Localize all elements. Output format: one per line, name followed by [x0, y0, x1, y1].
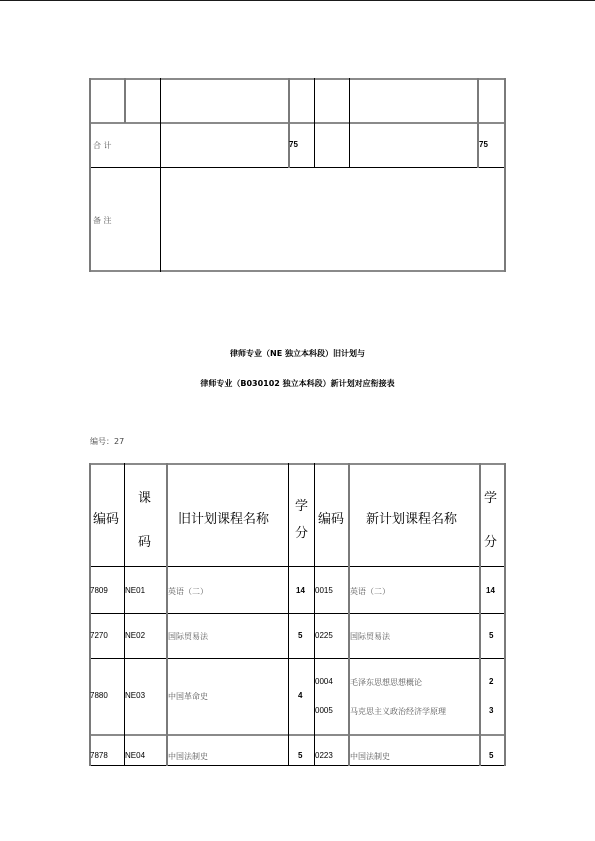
header-new-credit-bottom: 分 — [484, 531, 497, 550]
table-border — [90, 613, 505, 614]
table-border — [90, 78, 505, 80]
row-old-credits: 14 — [296, 586, 305, 595]
row-course-code: NE02 — [125, 631, 145, 640]
row-code: 7809 — [90, 586, 108, 595]
row-code: 7270 — [90, 631, 108, 640]
page-top-border — [0, 0, 595, 1]
row-code: 7880 — [90, 691, 108, 700]
row-new-credits: 14 — [486, 586, 495, 595]
header-credit-bottom: 分 — [295, 522, 308, 541]
row-new-code: 0004 — [315, 677, 333, 686]
table-border — [504, 78, 506, 272]
table-border — [349, 78, 350, 168]
header-new-credit-top: 学 — [484, 487, 497, 506]
table-border — [90, 734, 505, 736]
table-border — [160, 78, 161, 272]
table-border — [124, 463, 125, 766]
row-old-credits: 5 — [298, 751, 302, 760]
table-border — [90, 566, 505, 567]
table-border — [124, 78, 126, 123]
table-border — [477, 78, 479, 168]
header-course-code-bottom: 码 — [138, 531, 151, 550]
row-new-name: 英语（二） — [350, 586, 390, 597]
table-border — [504, 463, 506, 766]
row-new-name: 马克思主义政治经济学原理 — [350, 706, 446, 717]
table-border — [90, 122, 505, 124]
header-new-code: 编码 — [318, 508, 344, 527]
row-new-code: 0015 — [315, 586, 333, 595]
row-old-name: 英语（二） — [168, 586, 208, 597]
row-old-name: 中国革命史 — [168, 691, 208, 702]
table-border — [314, 463, 315, 766]
header-credit-top: 学 — [295, 495, 308, 514]
table-border — [348, 463, 350, 766]
row-new-name: 国际贸易法 — [350, 631, 390, 642]
row-old-credits: 4 — [298, 691, 302, 700]
header-code: 编码 — [93, 508, 119, 527]
document-title-line2: 律师专业（B030102 独立本科段）新计划对应衔接表 — [0, 378, 595, 389]
row-course-code: NE01 — [125, 586, 145, 595]
header-old-course-name: 旧计划课程名称 — [178, 508, 269, 527]
old-total-credits: 75 — [289, 140, 298, 149]
serial-number: 编号：27 — [90, 436, 124, 447]
row-course-code: NE04 — [125, 751, 145, 760]
header-course-code-top: 课 — [138, 487, 151, 506]
remarks-label: 备 注 — [93, 215, 112, 226]
row-new-credits: 3 — [489, 706, 493, 715]
total-label: 合 计 — [93, 140, 112, 151]
new-total-credits: 75 — [479, 140, 488, 149]
table-border — [90, 270, 505, 272]
row-old-credits: 5 — [298, 631, 302, 640]
row-new-credits: 5 — [489, 751, 493, 760]
row-old-name: 国际贸易法 — [168, 631, 208, 642]
document-title-line1: 律师专业（NE 独立本科段）旧计划与 — [0, 348, 595, 359]
table-border — [166, 463, 168, 766]
row-new-credits: 2 — [489, 677, 493, 686]
table-border — [288, 463, 289, 766]
row-new-code: 0225 — [315, 631, 333, 640]
row-new-name: 毛泽东思想思想概论 — [350, 677, 422, 688]
table-border — [90, 463, 505, 465]
table-border — [90, 167, 505, 168]
row-new-name: 中国法制史 — [350, 751, 390, 762]
table-border — [314, 78, 315, 168]
table-border — [89, 463, 91, 766]
row-new-code: 0005 — [315, 706, 333, 715]
table-border — [89, 78, 91, 272]
row-old-name: 中国法制史 — [168, 751, 208, 762]
table-border — [90, 765, 505, 766]
row-course-code: NE03 — [125, 691, 145, 700]
table-border — [288, 78, 290, 168]
header-new-course-name: 新计划课程名称 — [366, 508, 457, 527]
row-code: 7878 — [90, 751, 108, 760]
row-new-credits: 5 — [489, 631, 493, 640]
table-border — [90, 658, 505, 659]
table-border — [479, 463, 481, 766]
row-new-code: 0223 — [315, 751, 333, 760]
